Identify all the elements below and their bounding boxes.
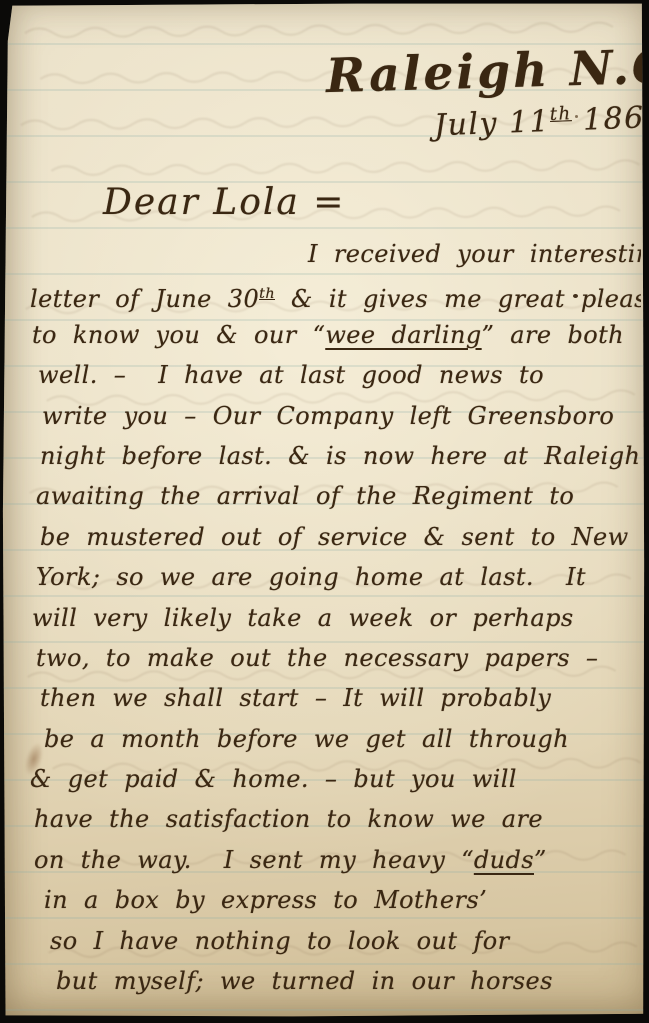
body-line: two, to make out the necessary papers –: [30, 638, 641, 678]
letter-body: I received your interestingletter of Jun…: [30, 234, 641, 1015]
handwritten-text: ”: [534, 846, 547, 874]
handwritten-text: be a month before we get all through: [44, 725, 569, 753]
handwritten-text: write you – Our Company left Greensboro: [42, 402, 614, 430]
letter-paper: Raleigh N.C. July 11th 1865 Dear Lola = …: [0, 0, 649, 1023]
body-line: letter of June 30th & it gives me great …: [30, 274, 641, 314]
body-line: on the way. I sent my heavy “duds”: [30, 840, 641, 880]
emphasized-text: th: [549, 103, 572, 125]
handwritten-text: have the satisfaction to know we are: [34, 805, 543, 833]
handwritten-text: on the way. I sent my heavy “: [34, 846, 474, 874]
handwritten-text: York; so we are going home at last. It: [36, 563, 586, 591]
body-line: have the satisfaction to know we are: [30, 799, 641, 839]
body-line: York; so we are going home at last. It: [30, 557, 641, 597]
handwritten-text: & get paid & home. – but you will: [30, 765, 517, 793]
handwritten-text: but myself; we turned in our horses: [56, 967, 553, 995]
letter-salutation: Dear Lola =: [103, 182, 345, 223]
emphasized-text: duds: [474, 846, 534, 874]
handwritten-text: in a box by express to Mothers’: [44, 886, 487, 914]
handwritten-text: & it gives me great pleasure: [275, 285, 641, 313]
scan-background: { "letter": { "heading": { "location": "…: [0, 0, 649, 1023]
handwritten-text: ” are both: [482, 321, 624, 349]
body-line: but myself; we turned in our horses: [30, 961, 641, 1001]
handwritten-text: two, to make out the necessary papers –: [36, 644, 598, 672]
emphasized-text: wee darling: [325, 321, 481, 349]
body-line: & get paid & home. – but you will: [30, 759, 641, 799]
handwritten-text: July 11: [433, 104, 550, 143]
body-line: to know you & our “wee darling” are both: [30, 315, 641, 355]
handwritten-text: I received your interesting: [308, 240, 641, 268]
body-line: will very likely take a week or perhaps: [30, 598, 641, 638]
body-line: write you – Our Company left Greensboro: [30, 396, 641, 436]
letter-location: Raleigh N.C.: [325, 39, 649, 104]
body-line: be a month before we get all through: [30, 719, 641, 759]
body-line: awaiting the arrival of the Regiment to: [30, 476, 641, 516]
handwritten-text: so I have nothing to look out for: [50, 927, 509, 955]
handwritten-text: will very likely take a week or perhaps: [32, 604, 574, 632]
handwritten-text: to know you & our “: [32, 321, 325, 349]
body-line: I received your interesting: [30, 234, 641, 274]
handwritten-text: letter of June 30: [30, 285, 259, 313]
emphasized-text: th: [259, 286, 275, 302]
handwritten-text: awaiting the arrival of the Regiment to: [36, 482, 574, 510]
body-line: be mustered out of service & sent to New: [30, 517, 641, 557]
body-line: then we shall start – It will probably: [30, 678, 641, 718]
handwritten-text: 1865: [571, 100, 649, 139]
body-line: so I have nothing to look out for: [30, 921, 641, 961]
handwritten-text: night before last. & is now here at Rale…: [40, 442, 640, 470]
handwritten-text: then we shall start – It will probably: [40, 684, 551, 712]
handwritten-text: well. – I have at last good news to: [38, 361, 544, 389]
handwritten-text: be mustered out of service & sent to New: [40, 523, 629, 551]
body-line: well. – I have at last good news to: [30, 355, 641, 395]
body-line: in a box by express to Mothers’: [30, 880, 641, 920]
body-line: night before last. & is now here at Rale…: [30, 436, 641, 476]
